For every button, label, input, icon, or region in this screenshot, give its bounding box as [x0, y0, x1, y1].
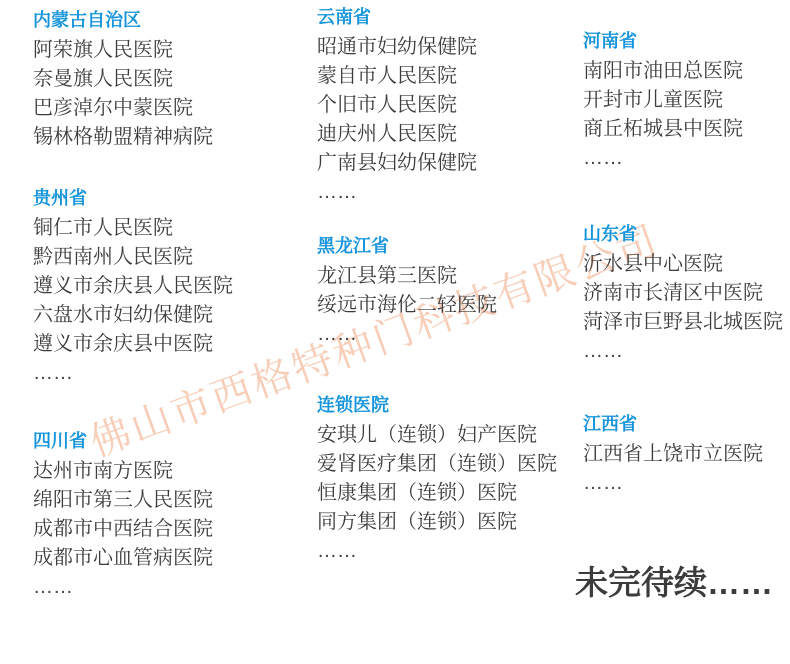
hospital-item: 遵义市余庆县中医院	[33, 330, 315, 359]
hospital-item: 黔西南州人民医院	[33, 243, 315, 272]
province-header: 山东省	[583, 222, 790, 246]
hospital-item: 达州市南方医院	[33, 457, 315, 486]
hospital-item: 绵阳市第三人民医院	[33, 486, 315, 515]
province-group: 云南省昭通市妇幼保健院蒙自市人民医院个旧市人民医院迪庆州人民医院广南县妇幼保健院…	[317, 5, 579, 207]
hospital-list: 江西省上饶市立医院……	[583, 440, 790, 498]
hospital-list: 昭通市妇幼保健院蒙自市人民医院个旧市人民医院迪庆州人民医院广南县妇幼保健院……	[317, 33, 579, 207]
hospital-item: 爱肾医疗集团（连锁）医院	[317, 450, 579, 479]
ellipsis-more: ……	[583, 144, 790, 173]
province-group: 黑龙江省龙江县第三医院绥远市海伦二轻医院……	[317, 234, 579, 349]
province-group: 四川省达州市南方医院绵阳市第三人民医院成都市中西结合医院成都市心血管病医院……	[33, 429, 315, 602]
hospital-item: 奈曼旗人民医院	[33, 65, 315, 94]
province-group: 内蒙古自治区阿荣旗人民医院奈曼旗人民医院巴彦淖尔中蒙医院锡林格勒盟精神病院	[33, 8, 315, 152]
hospital-item: 六盘水市妇幼保健院	[33, 301, 315, 330]
ellipsis-more: ……	[33, 359, 315, 388]
hospital-item: 南阳市油田总医院	[583, 57, 790, 86]
hospital-item: 广南县妇幼保健院	[317, 149, 579, 178]
hospital-item: 遵义市余庆县人民医院	[33, 272, 315, 301]
hospital-item: 绥远市海伦二轻医院	[317, 291, 579, 320]
ellipsis-more: ……	[583, 337, 790, 366]
province-header: 连锁医院	[317, 393, 579, 417]
hospital-item: 蒙自市人民医院	[317, 62, 579, 91]
hospital-client-list-page: 佛山市西格特种门科技有限公司 内蒙古自治区阿荣旗人民医院奈曼旗人民医院巴彦淖尔中…	[0, 0, 790, 664]
hospital-list: 铜仁市人民医院黔西南州人民医院遵义市余庆县人民医院六盘水市妇幼保健院遵义市余庆县…	[33, 214, 315, 388]
province-group: 河南省南阳市油田总医院开封市儿童医院商丘柘城县中医院……	[583, 29, 790, 173]
hospital-item: 恒康集团（连锁）医院	[317, 479, 579, 508]
hospital-item: 巴彦淖尔中蒙医院	[33, 94, 315, 123]
ellipsis-more: ……	[317, 537, 579, 566]
hospital-item: 迪庆州人民医院	[317, 120, 579, 149]
ellipsis-more: ……	[317, 320, 579, 349]
hospital-item: 铜仁市人民医院	[33, 214, 315, 243]
hospital-list: 沂水县中心医院济南市长清区中医院菏泽市巨野县北城医院……	[583, 250, 790, 366]
ellipsis-more: ……	[317, 178, 579, 207]
hospital-item: 成都市中西结合医院	[33, 515, 315, 544]
hospital-list: 龙江县第三医院绥远市海伦二轻医院……	[317, 262, 579, 349]
ellipsis-more: ……	[33, 573, 315, 602]
column-right: 河南省南阳市油田总医院开封市儿童医院商丘柘城县中医院……山东省沂水县中心医院济南…	[583, 29, 790, 498]
ellipsis-more: ……	[583, 469, 790, 498]
hospital-item: 同方集团（连锁）医院	[317, 508, 579, 537]
hospital-item: 商丘柘城县中医院	[583, 115, 790, 144]
column-left: 内蒙古自治区阿荣旗人民医院奈曼旗人民医院巴彦淖尔中蒙医院锡林格勒盟精神病院贵州省…	[33, 8, 315, 602]
hospital-item: 济南市长清区中医院	[583, 279, 790, 308]
to-be-continued-note: 未完待续……	[575, 563, 773, 603]
hospital-list: 南阳市油田总医院开封市儿童医院商丘柘城县中医院……	[583, 57, 790, 173]
province-header: 河南省	[583, 29, 790, 53]
hospital-item: 菏泽市巨野县北城医院	[583, 308, 790, 337]
province-group: 江西省江西省上饶市立医院……	[583, 412, 790, 498]
hospital-item: 阿荣旗人民医院	[33, 36, 315, 65]
hospital-list: 安琪儿（连锁）妇产医院爱肾医疗集团（连锁）医院恒康集团（连锁）医院同方集团（连锁…	[317, 421, 579, 566]
province-group: 山东省沂水县中心医院济南市长清区中医院菏泽市巨野县北城医院……	[583, 222, 790, 366]
hospital-item: 个旧市人民医院	[317, 91, 579, 120]
province-group: 连锁医院安琪儿（连锁）妇产医院爱肾医疗集团（连锁）医院恒康集团（连锁）医院同方集…	[317, 393, 579, 566]
hospital-item: 安琪儿（连锁）妇产医院	[317, 421, 579, 450]
province-header: 内蒙古自治区	[33, 8, 315, 32]
province-header: 四川省	[33, 429, 315, 453]
hospital-list: 阿荣旗人民医院奈曼旗人民医院巴彦淖尔中蒙医院锡林格勒盟精神病院	[33, 36, 315, 152]
province-header: 云南省	[317, 5, 579, 29]
hospital-item: 龙江县第三医院	[317, 262, 579, 291]
hospital-item: 江西省上饶市立医院	[583, 440, 790, 469]
province-header: 黑龙江省	[317, 234, 579, 258]
province-header: 贵州省	[33, 186, 315, 210]
hospital-item: 锡林格勒盟精神病院	[33, 123, 315, 152]
hospital-list: 达州市南方医院绵阳市第三人民医院成都市中西结合医院成都市心血管病医院……	[33, 457, 315, 602]
hospital-item: 沂水县中心医院	[583, 250, 790, 279]
hospital-item: 开封市儿童医院	[583, 86, 790, 115]
hospital-item: 昭通市妇幼保健院	[317, 33, 579, 62]
column-middle: 云南省昭通市妇幼保健院蒙自市人民医院个旧市人民医院迪庆州人民医院广南县妇幼保健院…	[317, 5, 579, 566]
province-header: 江西省	[583, 412, 790, 436]
hospital-item: 成都市心血管病医院	[33, 544, 315, 573]
province-group: 贵州省铜仁市人民医院黔西南州人民医院遵义市余庆县人民医院六盘水市妇幼保健院遵义市…	[33, 186, 315, 388]
